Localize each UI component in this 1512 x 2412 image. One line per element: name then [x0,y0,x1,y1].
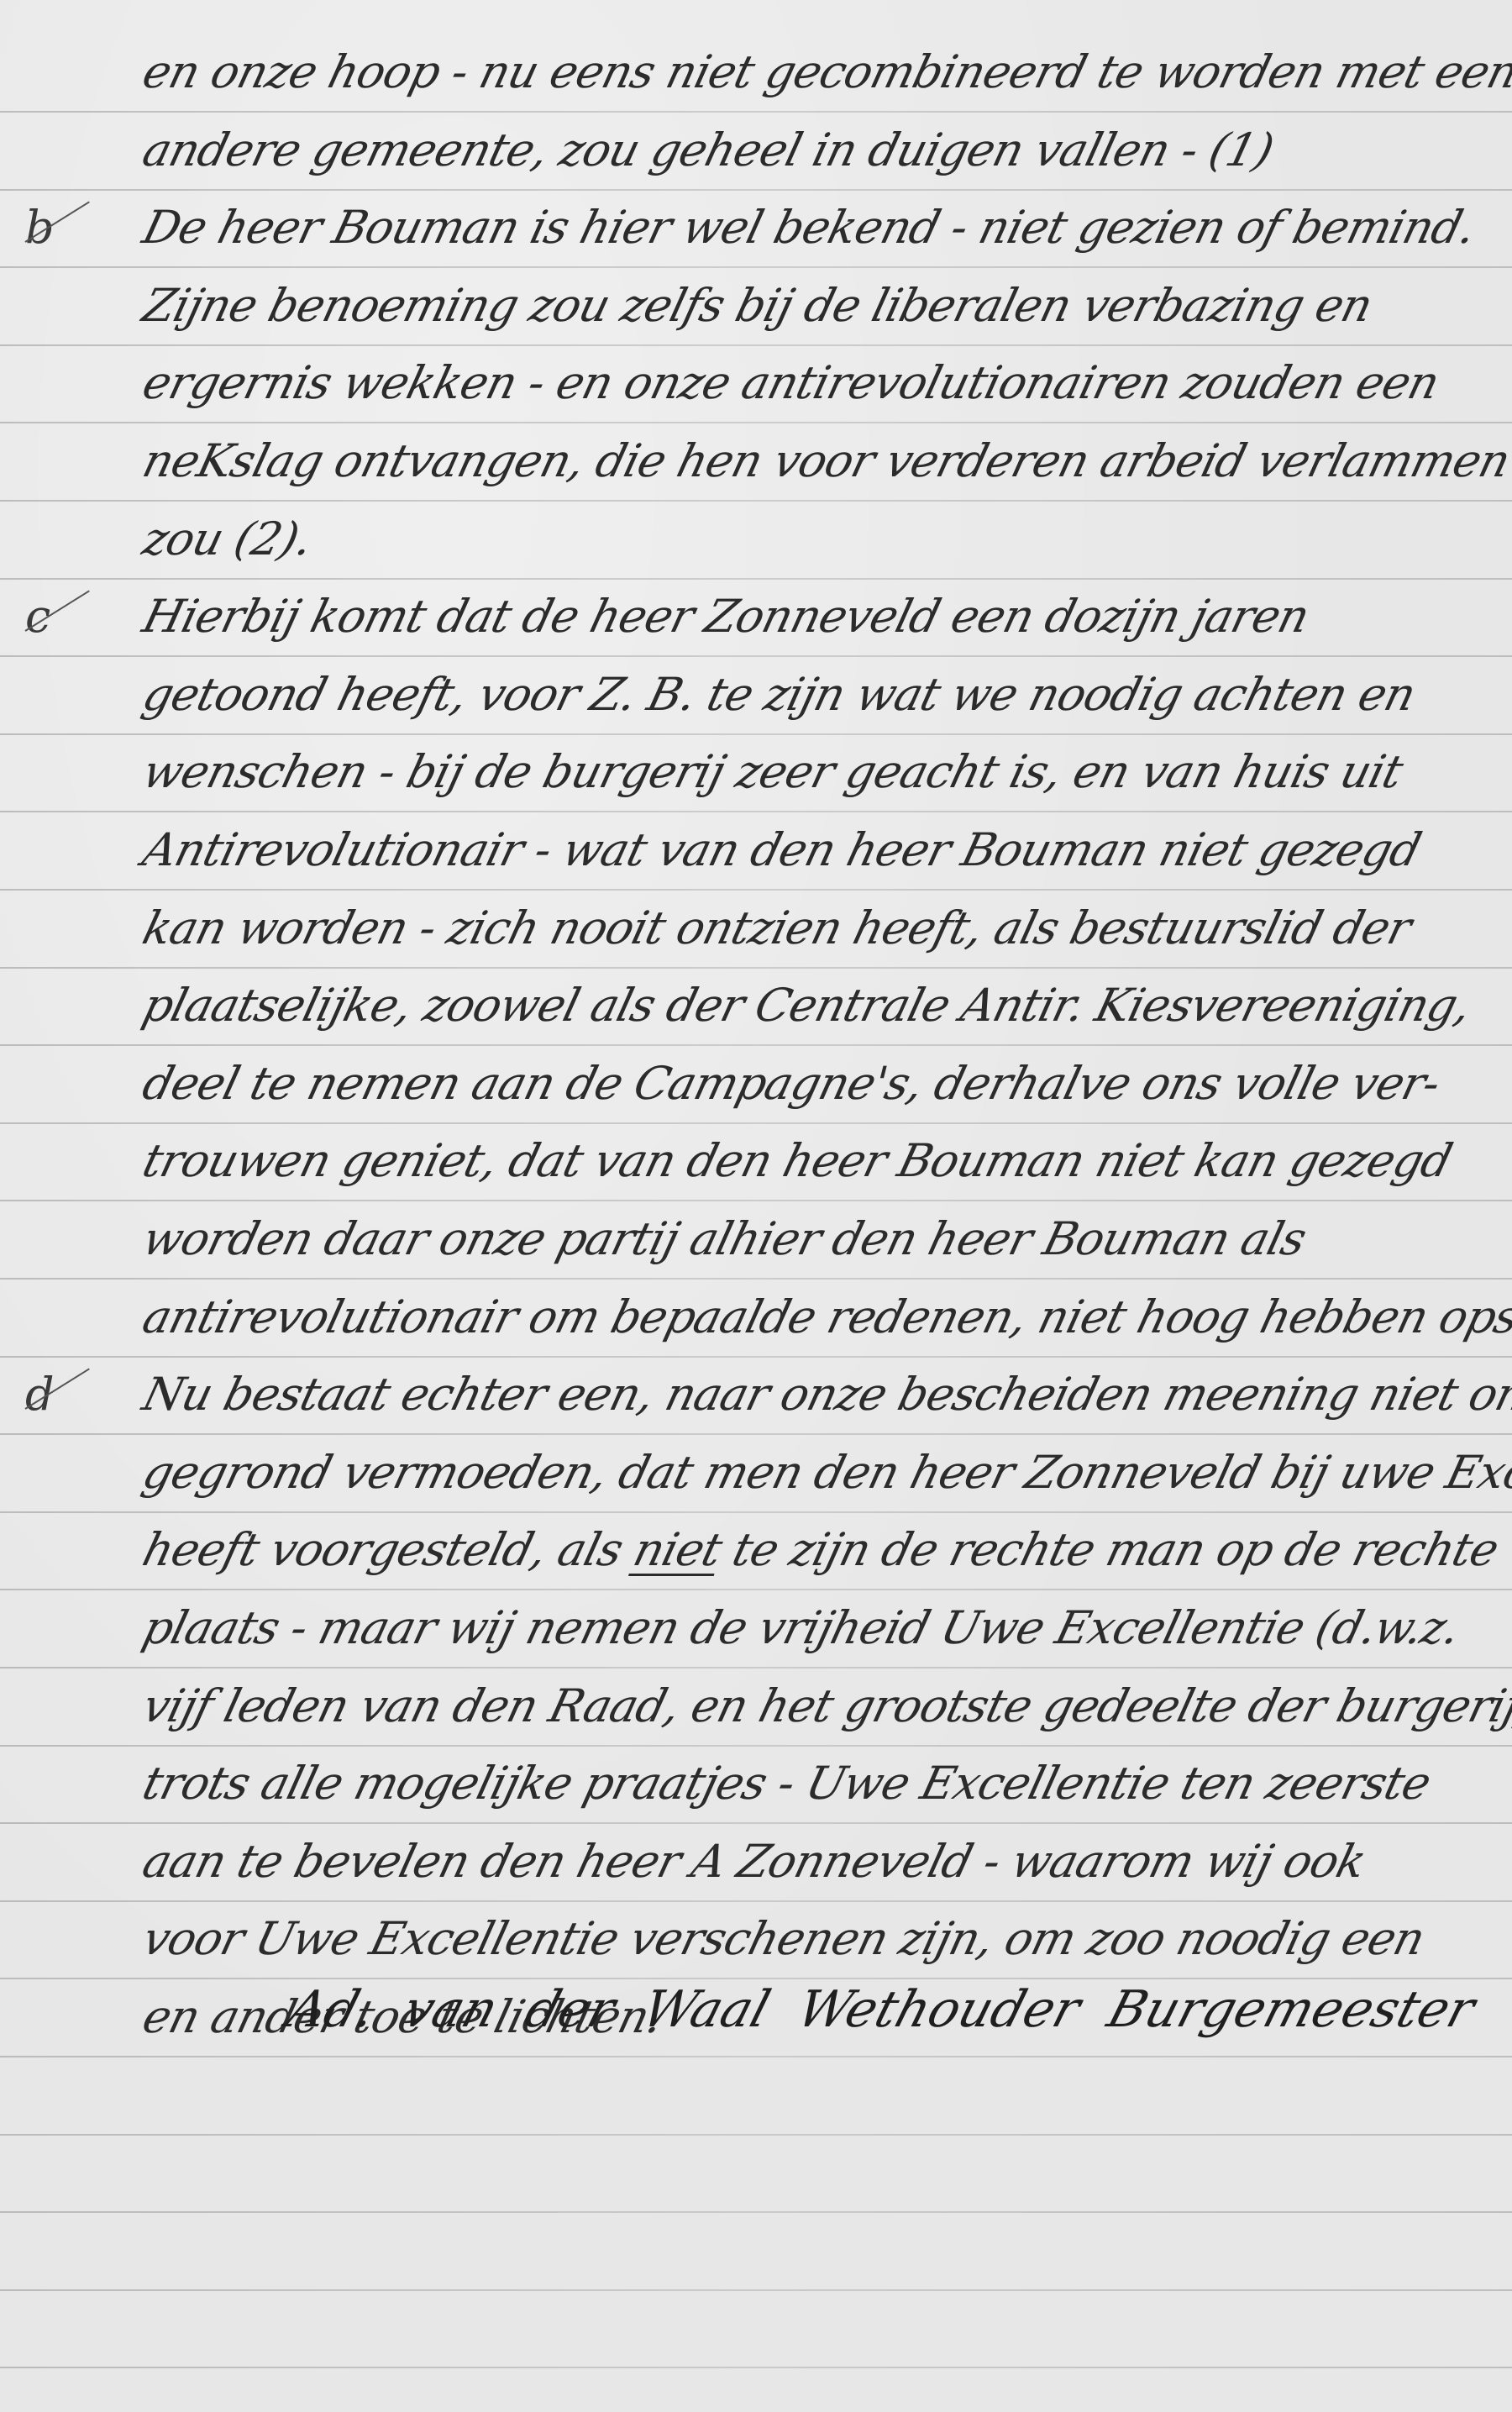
text-line: trouwen geniet, dat van den heer Bouman … [134,1122,1498,1200]
text-line: Hierbij komt dat de heer Zonneveld een d… [134,578,1498,655]
text-line: zou (2). [134,501,1498,578]
text-line: voor Uwe Excellentie verschenen zijn, om… [134,1900,1498,1978]
text-line: en onze hoop - nu eens niet gecombineerd… [134,34,1498,111]
ruled-line [0,2056,1512,2057]
text-line: heeft voorgesteld, als niet te zijn de r… [134,1511,1498,1589]
text-line: wenschen - bij de burgerij zeer geacht i… [134,733,1498,811]
ruled-line [0,2289,1512,2291]
text-line: trots alle mogelijke praatjes - Uwe Exce… [134,1745,1498,1822]
text-line: kan worden - zich nooit ontzien heeft, a… [134,890,1498,967]
text-line: antirevolutionair om bepaalde redenen, n… [134,1279,1498,1356]
text-line: deel te nemen aan de Campagne's, derhalv… [134,1045,1498,1122]
signature: Ad. van der Waal Wethouder Burgemeester [277,1968,1512,2052]
text-fragment: heeft voorgesteld, als [138,1523,642,1576]
text-line: aan te bevelen den heer A Zonneveld - wa… [134,1823,1498,1900]
text-line: getoond heeft, voor Z. B. te zijn wat we… [134,656,1498,733]
ruled-line [0,2134,1512,2136]
text-line: De heer Bouman is hier wel bekend - niet… [134,189,1498,266]
text-line: Antirevolutionair - wat van den heer Bou… [134,812,1498,889]
text-line: gegrond vermoeden, dat men den heer Zonn… [134,1434,1498,1511]
paragraph-marker: d [25,1356,118,1433]
text-line: worden daar onze partij alhier den heer … [134,1201,1498,1278]
text-line: neKslag ontvangen, die hen voor verderen… [134,423,1498,500]
text-line: plaatselijke, zoowel als der Centrale An… [134,967,1498,1044]
paragraph-marker: b [25,189,118,266]
text-line: Nu bestaat echter een, naar onze beschei… [134,1356,1498,1433]
ruled-line [0,2211,1512,2213]
letter-page: en onze hoop - nu eens niet gecombineerd… [0,0,1512,2412]
underlined-word: niet [628,1523,727,1576]
text-line: Zijne benoeming zou zelfs bij de liberal… [134,267,1498,344]
text-line: ergernis wekken - en onze antirevolution… [134,344,1498,422]
paragraph-marker: c [25,578,118,655]
text-fragment: te zijn de rechte man op de rechte [714,1523,1504,1576]
ruled-line [0,2367,1512,2368]
text-line: plaats - maar wij nemen de vrijheid Uwe … [134,1590,1498,1667]
text-line: vijf leden van den Raad, en het grootste… [134,1668,1498,1745]
text-line: andere gemeente, zou geheel in duigen va… [134,112,1498,189]
